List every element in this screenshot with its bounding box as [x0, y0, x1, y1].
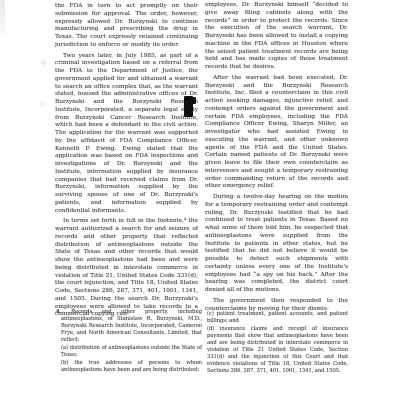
footnote-4: 4. Records and other property, including…: [56, 309, 202, 374]
footnote-text: Records and other property, including an…: [61, 309, 202, 343]
footnote-number: 4.: [56, 309, 61, 315]
footnote-paragraph: 4. Records and other property, including…: [61, 309, 202, 344]
body-paragraph: the FDA in turn to act promptly on their…: [55, 3, 198, 50]
body-paragraph: After the warrant had been executed, Dr.…: [205, 75, 348, 191]
ink-blot-artifact: [184, 96, 193, 117]
body-paragraph: During a twelve-day hearing on the motio…: [205, 194, 348, 295]
scan-smudge: [40, 102, 44, 106]
scan-edge-shade: [0, 0, 5, 34]
footnote-4-continuation: (c) patient treatment, patient accounts,…: [207, 311, 348, 375]
footnote-item-d: (d) insurance claims and receipt of insu…: [207, 326, 348, 375]
scan-smudge: [41, 61, 46, 65]
scanned-opinion-page: the FDA in turn to act promptly on their…: [0, 0, 400, 400]
footnote-item-c: (c) patient treatment, patient accounts,…: [207, 311, 348, 325]
left-column: the FDA in turn to act promptly on their…: [55, 3, 198, 319]
body-paragraph: employees, Dr. Burzynski himself “decide…: [205, 2, 348, 72]
body-paragraph: In terms set forth in full in the footno…: [55, 218, 198, 319]
footnote-item-b: (b) the true addresses of persons to who…: [61, 360, 202, 374]
right-column: employees, Dr. Burzynski himself “decide…: [205, 2, 348, 313]
body-paragraph: Two years later, in July 1985, as part o…: [55, 53, 198, 216]
footnote-item-a: (a) distribution of antineoplastons outs…: [61, 345, 202, 359]
